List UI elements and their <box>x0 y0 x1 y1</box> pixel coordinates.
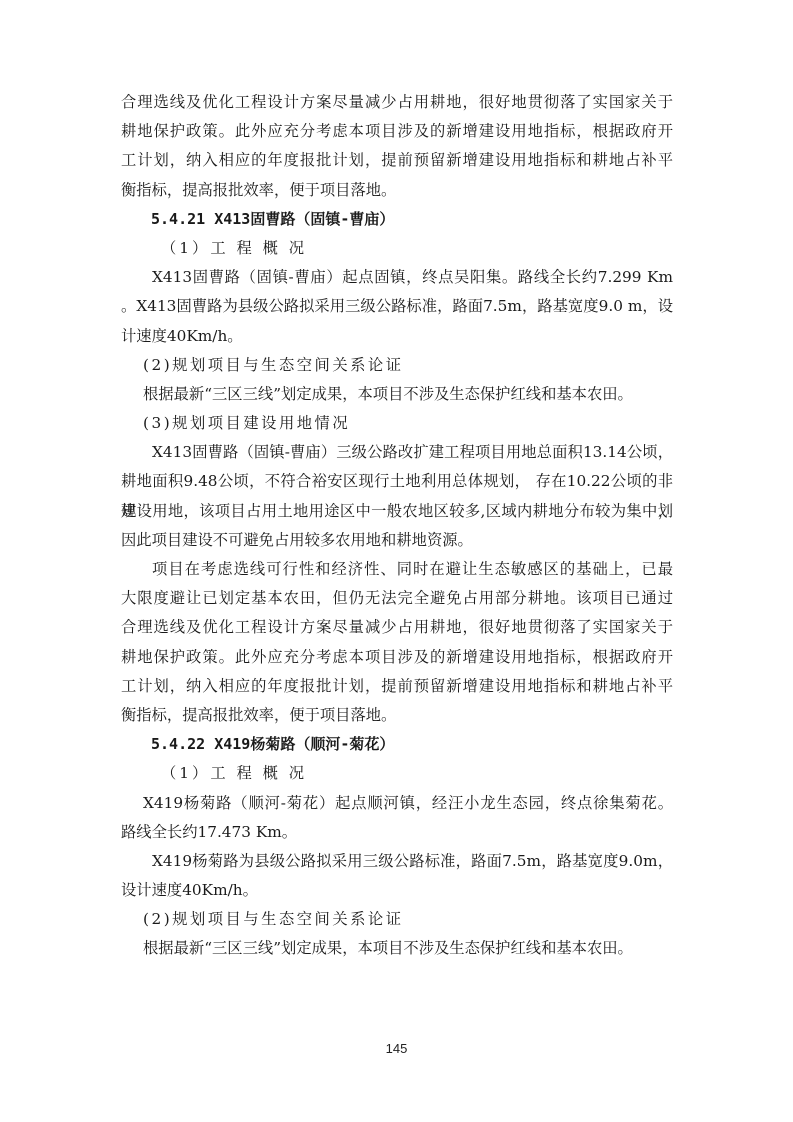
paragraph-ecology: 根据最新“三区三线”划定成果，本项目不涉及生态保护红线和基本农田。 <box>121 934 673 963</box>
text-line: 项目在考虑选线可行性和经济性、同时在避让生态敏感区的基础上，已最 <box>121 555 673 584</box>
text-line: 工计划，纳入相应的年度报批计划，提前预留新增建设用地指标和耕地占补平 <box>121 672 673 701</box>
section-heading-5-4-22: 5.4.22 X419杨菊路（顺河-菊花） <box>121 730 673 759</box>
paragraph-land-use: X413固曹路（固镇-曹庙）三级公路改扩建工程项目用地总面积13.14公顷， 耕… <box>121 438 673 555</box>
text-line: 耕地保护政策。此外应充分考虑本项目涉及的新增建设用地指标，根据政府开 <box>121 643 673 672</box>
text-line: 合理选线及优化工程设计方案尽量减少占用耕地，很好地贯彻落了实国家关于 <box>121 613 673 642</box>
subsection-title-ecology: (2)规划项目与生态空间关系论证 <box>121 905 673 934</box>
subsection-title-overview: （1）工 程 概 况 <box>121 759 673 788</box>
paragraph-overview: X413固曹路（固镇-曹庙）起点固镇，终点吴阳集。路线全长约7.299 Km 。… <box>121 263 673 351</box>
text-line: X419杨菊路为县级公路拟采用三级公路标准，路面7.5m，路基宽度9.0m， <box>121 847 673 876</box>
subsection-title-ecology: (2)规划项目与生态空间关系论证 <box>121 351 673 380</box>
text-line: X413固曹路（固镇-曹庙）起点固镇，终点吴阳集。路线全长约7.299 Km <box>121 263 673 292</box>
paragraph-mitigation: 项目在考虑选线可行性和经济性、同时在避让生态敏感区的基础上，已最 大限度避让已划… <box>121 555 673 730</box>
text-line: 衡指标，提高报批效率，便于项目落地。 <box>121 176 673 205</box>
text-line: 。X413固曹路为县级公路拟采用三级公路标准，路面7.5m，路基宽度9.0 m，… <box>121 292 673 321</box>
section-heading-5-4-21: 5.4.21 X413固曹路（固镇-曹庙） <box>121 205 673 234</box>
subsection-title-overview: （1）工 程 概 况 <box>121 234 673 263</box>
text-line: 耕地面积9.48公顷，不符合裕安区现行土地利用总体规划， 存在10.22公顷的非… <box>121 467 673 496</box>
text-line: 耕地保护政策。此外应充分考虑本项目涉及的新增建设用地指标，根据政府开 <box>121 117 673 146</box>
paragraph-overview: X419杨菊路（顺河-菊花）起点顺河镇，经汪小龙生态园，终点徐集菊花。 路线全长… <box>121 789 673 847</box>
subsection-title-land-use: (3)规划项目建设用地情况 <box>121 409 673 438</box>
text-line: 计速度40Km/h。 <box>121 322 673 351</box>
text-line: 衡指标，提高报批效率，便于项目落地。 <box>121 701 673 730</box>
text-line: 路线全长约17.473 Km。 <box>121 818 673 847</box>
text-line: X419杨菊路（顺河-菊花）起点顺河镇，经汪小龙生态园，终点徐集菊花。 <box>121 789 673 818</box>
text-line: 建设用地，该项目占用土地用途区中一般农地区较多,区域内耕地分布较为集中， <box>121 497 673 526</box>
text-line: 合理选线及优化工程设计方案尽量减少占用耕地，很好地贯彻落了实国家关于 <box>121 88 673 117</box>
page-number: 145 <box>0 1041 793 1056</box>
text-line: X413固曹路（固镇-曹庙）三级公路改扩建工程项目用地总面积13.14公顷， <box>121 438 673 467</box>
text-line: 设计速度40Km/h。 <box>121 876 673 905</box>
paragraph-standard: X419杨菊路为县级公路拟采用三级公路标准，路面7.5m，路基宽度9.0m， 设… <box>121 847 673 905</box>
text-line: 工计划，纳入相应的年度报批计划，提前预留新增建设用地指标和耕地占补平 <box>121 146 673 175</box>
document-page: 合理选线及优化工程设计方案尽量减少占用耕地，很好地贯彻落了实国家关于 耕地保护政… <box>121 88 673 964</box>
paragraph-continuation: 合理选线及优化工程设计方案尽量减少占用耕地，很好地贯彻落了实国家关于 耕地保护政… <box>121 88 673 205</box>
paragraph-ecology: 根据最新“三区三线”划定成果，本项目不涉及生态保护红线和基本农田。 <box>121 380 673 409</box>
text-line: 大限度避让已划定基本农田，但仍无法完全避免占用部分耕地。该项目已通过 <box>121 584 673 613</box>
text-line: 因此项目建设不可避免占用较多农用地和耕地资源。 <box>121 526 673 555</box>
